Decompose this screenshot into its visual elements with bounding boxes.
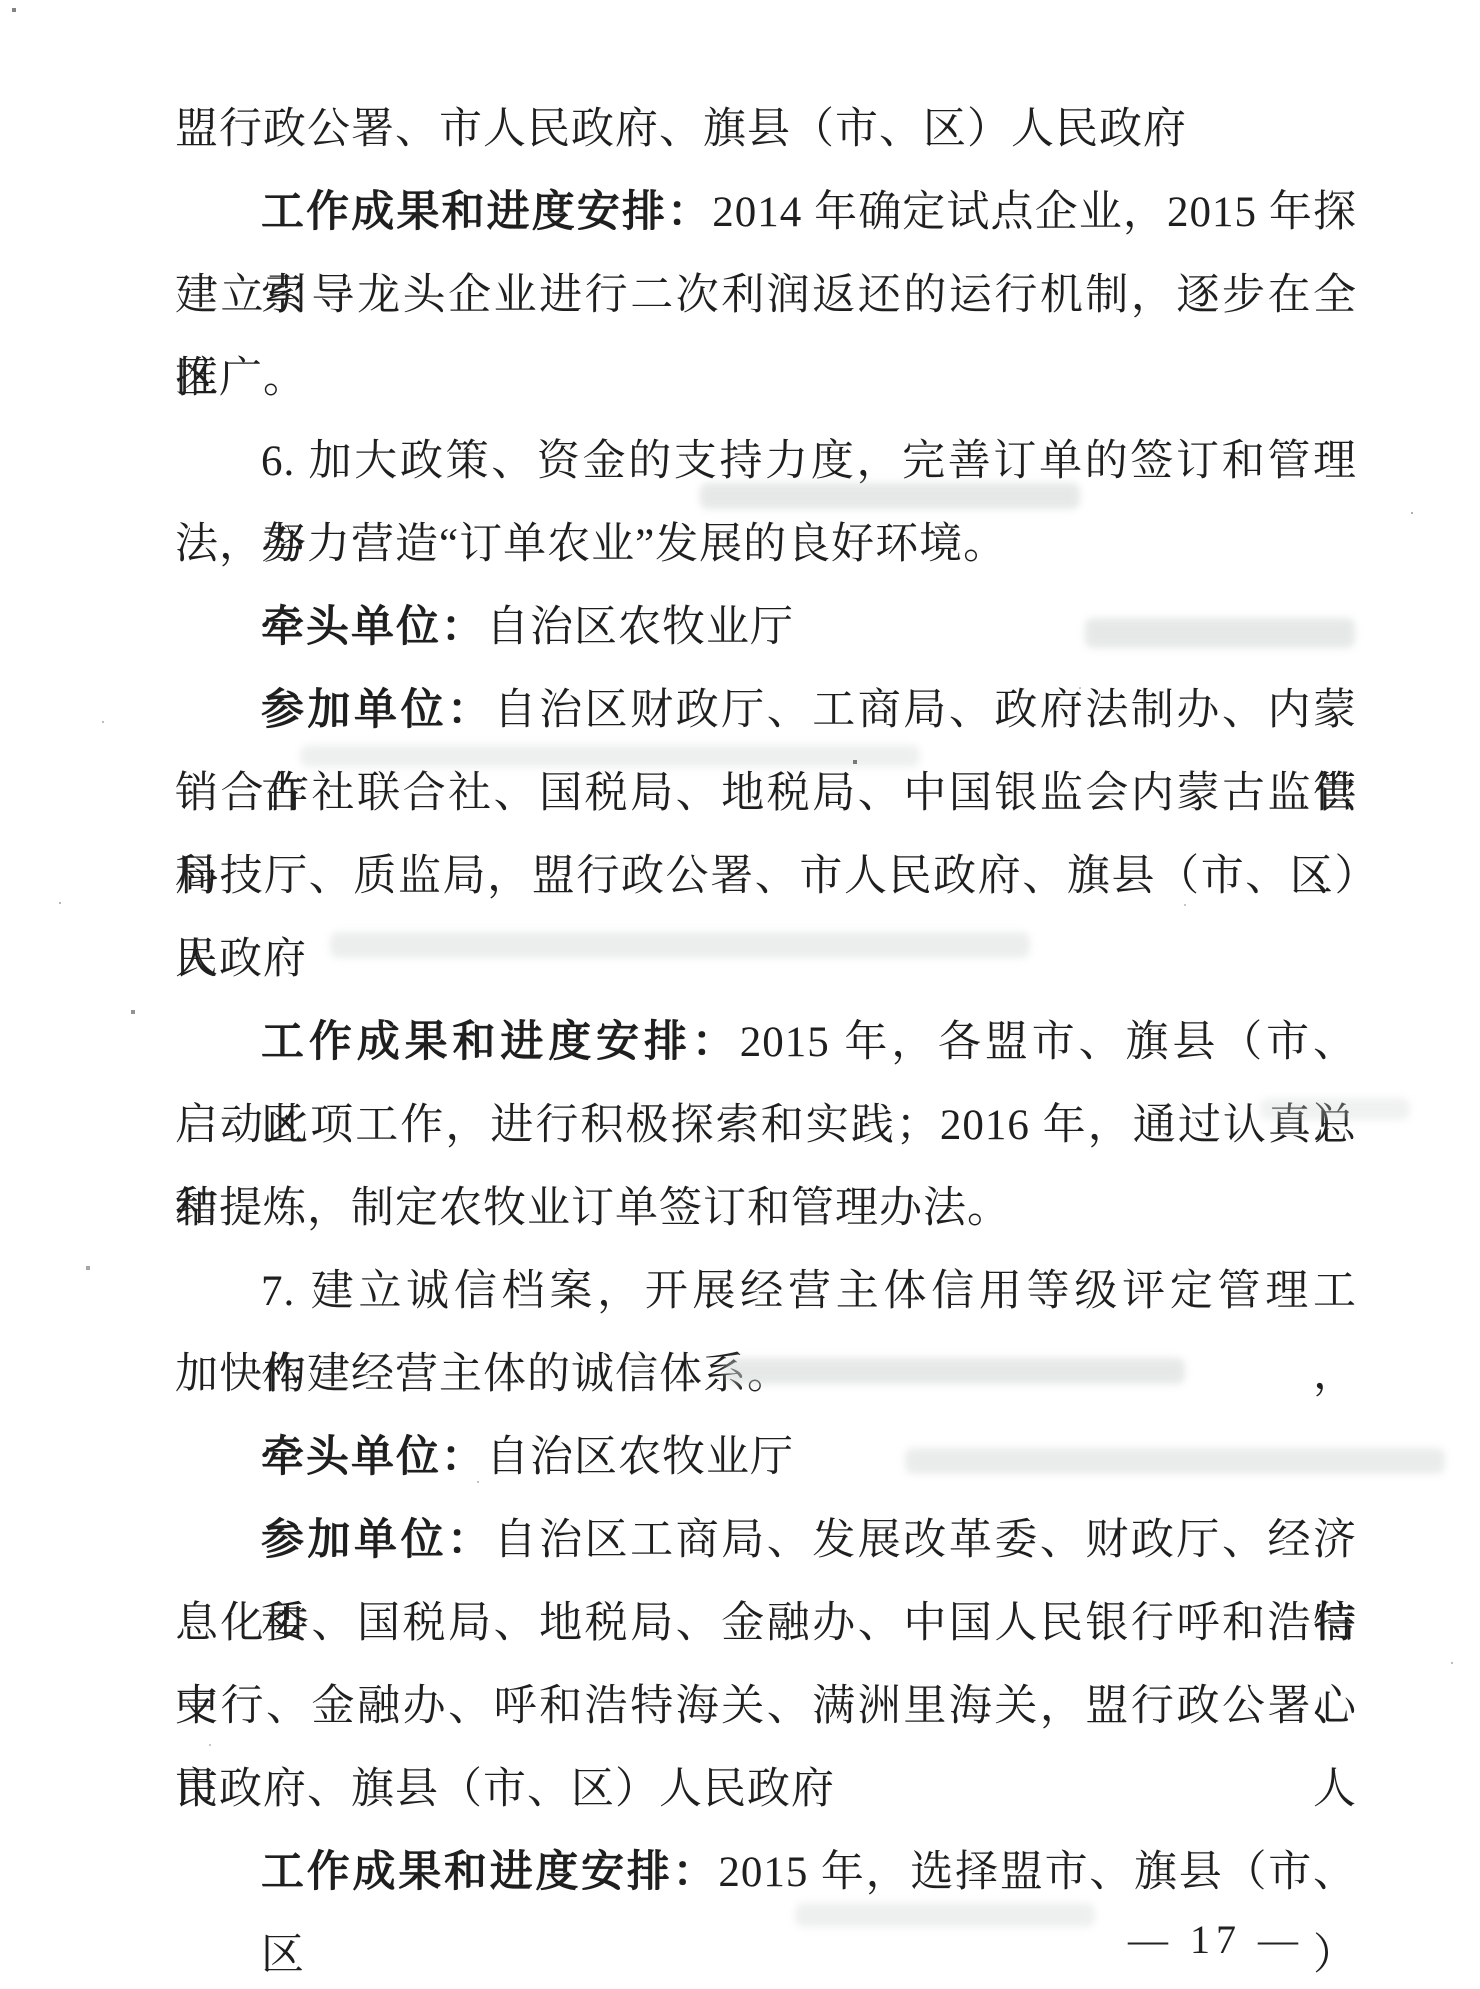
bold-lead-label: 牵头单位： <box>261 1433 486 1481</box>
text-line: 启动此项工作，进行积极探索和实践；2016 年，通过认真总结 <box>175 1084 1357 1167</box>
bold-lead-label: 工作成果和进度安排： <box>261 188 712 236</box>
scanned-document-page: 盟行政公署、市人民政府、旗县（市、区）人民政府工作成果和进度安排：2014 年确… <box>0 0 1480 1989</box>
text-line: 牵头单位：自治区农牧业厅 <box>175 586 1357 669</box>
bold-lead-label: 参加单位： <box>261 1516 494 1564</box>
text-line: 工作成果和进度安排：2014 年确定试点企业，2015 年探索 <box>175 171 1357 254</box>
text-line: 参加单位：自治区财政厅、工商局、政府法制办、内蒙古供 <box>175 669 1357 752</box>
text-line: 推广。 <box>175 337 1357 420</box>
text-line: 工作成果和进度安排：2015 年，各盟市、旗县（市、区） <box>175 1001 1357 1084</box>
text-line: 工作成果和进度安排：2015 年，选择盟市、旗县（市、区） <box>175 1831 1357 1914</box>
text-line: 6. 加大政策、资金的支持力度，完善订单的签订和管理办 <box>175 420 1357 503</box>
document-lines: 盟行政公署、市人民政府、旗县（市、区）人民政府工作成果和进度安排：2014 年确… <box>175 88 1357 1914</box>
bold-lead-label: 工作成果和进度安排： <box>261 1018 740 1066</box>
text-line: 科技厅、质监局，盟行政公署、市人民政府、旗县（市、区）人 <box>175 835 1357 918</box>
text-line: 建立引导龙头企业进行二次利润返还的运行机制，逐步在全区 <box>175 254 1357 337</box>
text-line: 民政府 <box>175 918 1357 1001</box>
text-line: 和提炼，制定农牧业订单签订和管理办法。 <box>175 1167 1357 1250</box>
bold-lead-label: 工作成果和进度安排： <box>261 1848 718 1896</box>
text-line: 销合作社联合社、国税局、地税局、中国银监会内蒙古监管局、 <box>175 752 1357 835</box>
text-line: 参加单位：自治区工商局、发展改革委、财政厅、经济和信 <box>175 1499 1357 1582</box>
bold-lead-label: 牵头单位： <box>261 603 486 651</box>
text-line: 法，努力营造“订单农业”发展的良好环境。 <box>175 503 1357 586</box>
text-line: 支行、金融办、呼和浩特海关、满洲里海关，盟行政公署、市人 <box>175 1665 1357 1748</box>
page-number: — 17 — <box>1128 1916 1304 1963</box>
text-line: 牵头单位：自治区农牧业厅 <box>175 1416 1357 1499</box>
bold-lead-label: 参加单位： <box>261 686 494 734</box>
text-line: 息化委、国税局、地税局、金融办、中国人民银行呼和浩特中心 <box>175 1582 1357 1665</box>
text-line: 盟行政公署、市人民政府、旗县（市、区）人民政府 <box>175 88 1357 171</box>
text-line: 7. 建立诚信档案，开展经营主体信用等级评定管理工作， <box>175 1250 1357 1333</box>
